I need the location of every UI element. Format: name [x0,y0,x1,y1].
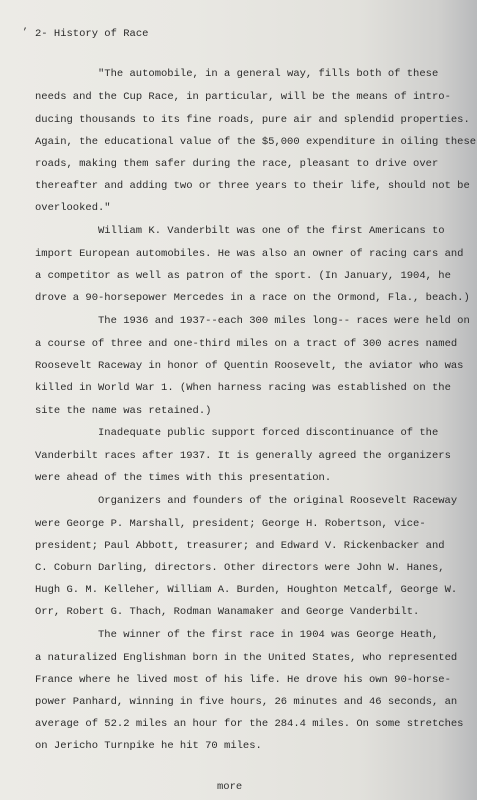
text-line: a competitor as well as patron of the sp… [35,270,451,282]
text-line: needs and the Cup Race, in particular, w… [35,91,451,103]
text-line: on Jericho Turnpike he hit 70 miles. [35,740,262,752]
text-line: were George P. Marshall, president; Geor… [35,518,426,530]
text-line: roads, making them safer during the race… [35,158,438,170]
text-line: "The automobile, in a general way, fills… [98,68,438,80]
text-line: Again, the educational value of the $5,0… [35,136,476,148]
text-line: William K. Vanderbilt was one of the fir… [98,225,445,237]
text-line: a course of three and one-third miles on… [35,338,457,350]
text-line: overlooked." [35,202,111,214]
text-line: site the name was retained.) [35,405,211,417]
continuation-marker: more [217,781,242,793]
text-line: Roosevelt Raceway in honor of Quentin Ro… [35,360,463,372]
margin-mark: ’ [22,28,28,39]
text-line: Vanderbilt races after 1937. It is gener… [35,450,451,462]
text-line: import European automobiles. He was also… [35,248,463,260]
text-line: Organizers and founders of the original … [98,495,457,507]
text-line: Hugh G. M. Kelleher, William A. Burden, … [35,584,457,596]
text-line: Inadequate public support forced discont… [98,427,438,439]
text-line: thereafter and adding two or three years… [35,180,470,192]
text-line: France where he lived most of his life. … [35,674,451,686]
text-line: power Panhard, winning in five hours, 26… [35,696,457,708]
text-line: ducing thousands to its fine roads, pure… [35,114,470,126]
page-header: 2- History of Race [35,28,148,40]
text-line: C. Coburn Darling, directors. Other dire… [35,562,445,574]
text-line: The winner of the first race in 1904 was… [98,629,438,641]
text-line: average of 52.2 miles an hour for the 28… [35,718,463,730]
text-line: were ahead of the times with this presen… [35,472,331,484]
text-line: drove a 90-horsepower Mercedes in a race… [35,292,470,304]
text-line: Orr, Robert G. Thach, Rodman Wanamaker a… [35,606,419,618]
text-line: killed in World War 1. (When harness rac… [35,382,451,394]
text-line: a naturalized Englishman born in the Uni… [35,652,457,664]
typewritten-page: ’ 2- History of Race "The automobile, in… [0,0,477,800]
text-line: The 1936 and 1937--each 300 miles long--… [98,315,470,327]
text-line: president; Paul Abbott, treasurer; and E… [35,540,445,552]
